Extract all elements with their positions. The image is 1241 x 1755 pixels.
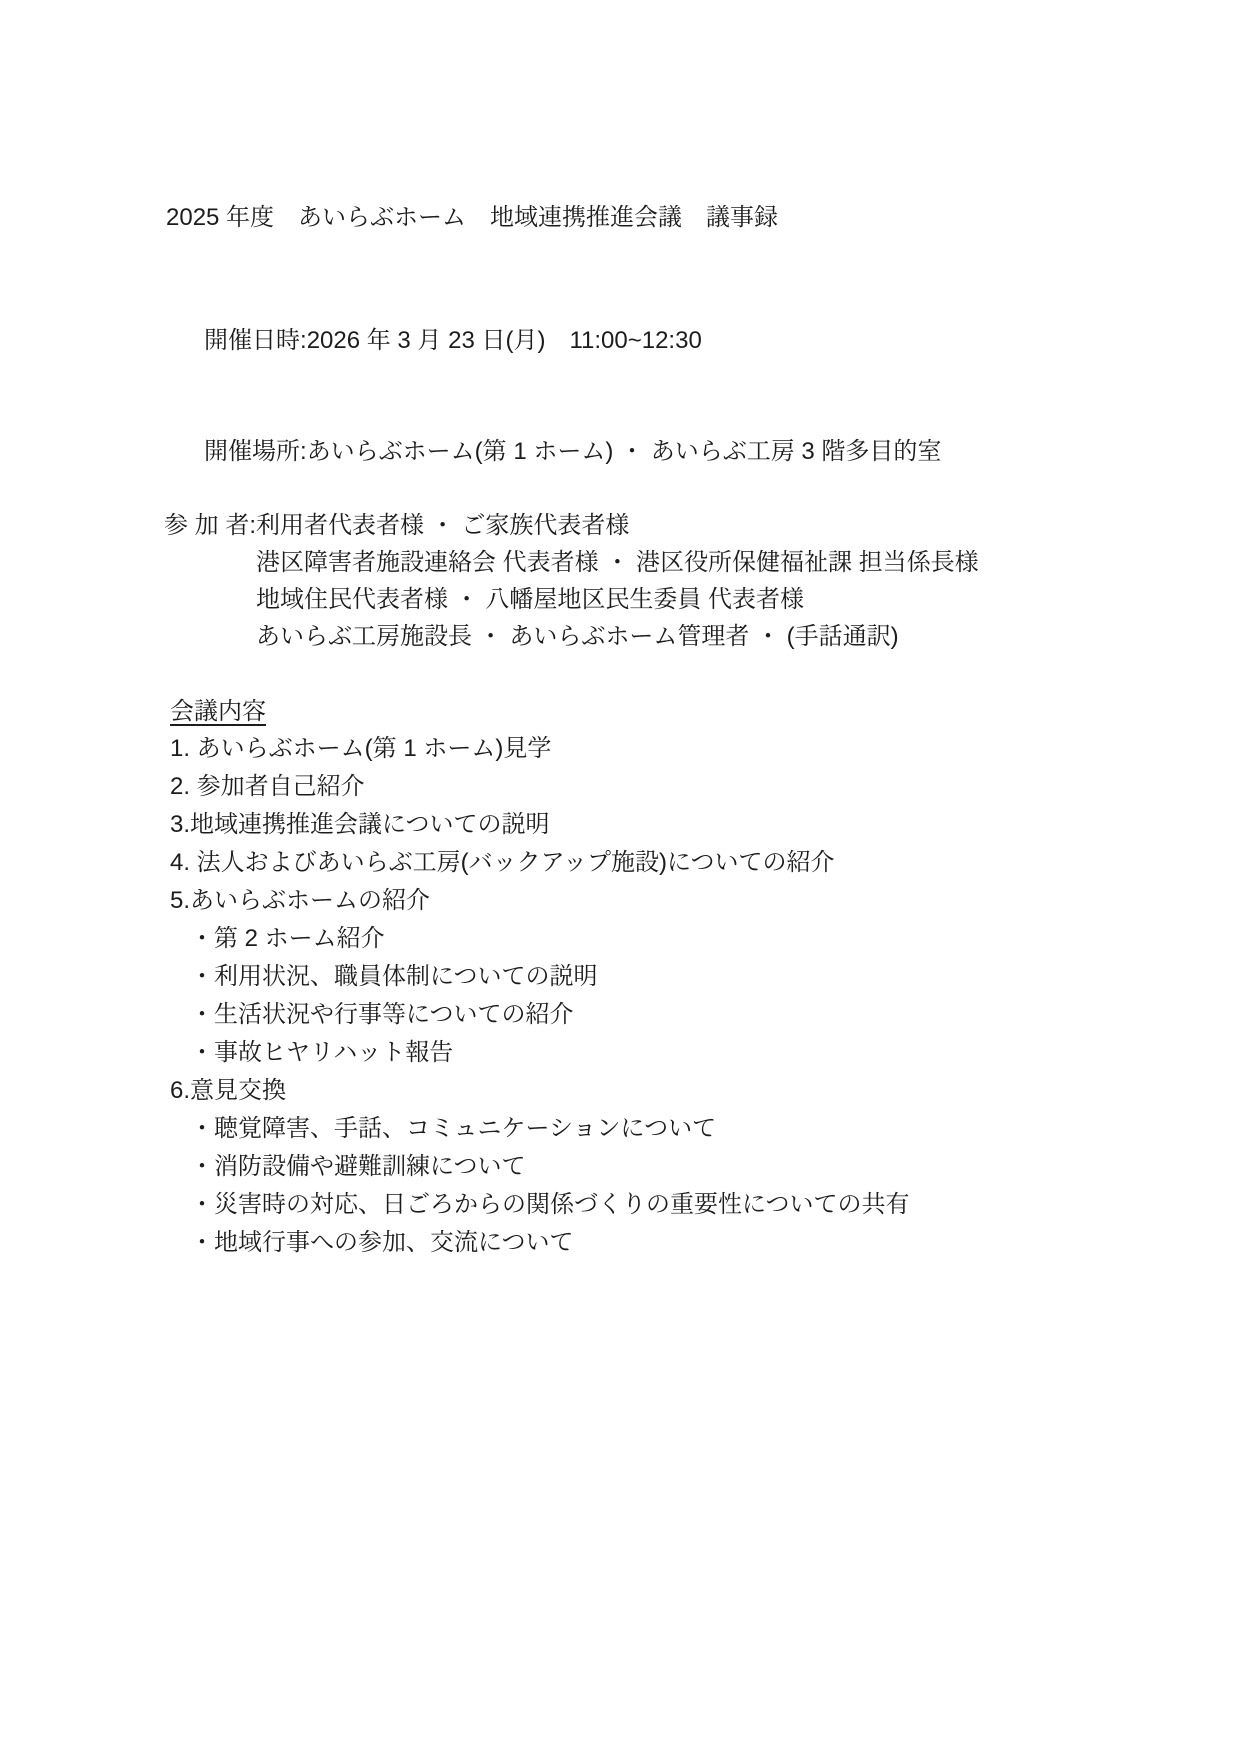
meta-location-value: あいらぶホーム(第 1 ホーム) ・ あいらぶ工房 3 階多目的室 — [307, 438, 942, 465]
document-page: 2025 年度 あいらぶホーム 地域連携推進会議 議事録 開催日時:2026 年… — [0, 0, 1241, 1755]
meta-datetime: 開催日時:2026 年 3 月 23 日(月) 11:00~12:30 — [164, 285, 1161, 396]
document-title: 2025 年度 あいらぶホーム 地域連携推進会議 議事録 — [166, 202, 1161, 233]
meeting-meta: 開催日時:2026 年 3 月 23 日(月) 11:00~12:30 開催場所… — [164, 285, 1161, 655]
agenda-subitem: ・消防設備や避難訓練について — [170, 1148, 1161, 1186]
meta-datetime-label: 開催日時: — [204, 327, 307, 354]
agenda-heading-text: 会議内容 — [170, 698, 266, 725]
participant-line: 港区障害者施設連絡会 代表者様 ・ 港区役所保健福祉課 担当係長様 — [256, 544, 979, 581]
agenda-subitem: ・地域行事への参加、交流について — [170, 1224, 1161, 1262]
agenda-item: 1. あいらぶホーム(第 1 ホーム)見学 — [170, 730, 1161, 768]
participant-line: 地域住民代表者様 ・ 八幡屋地区民生委員 代表者様 — [256, 581, 979, 618]
agenda-subitem: ・利用状況、職員体制についての説明 — [170, 958, 1161, 996]
agenda-item: 2. 参加者自己紹介 — [170, 768, 1161, 806]
participants-list: 利用者代表者様 ・ ご家族代表者様 港区障害者施設連絡会 代表者様 ・ 港区役所… — [256, 507, 979, 655]
meta-participants-label: 参 加 者: — [164, 507, 256, 544]
agenda-subitem: ・生活状況や行事等についての紹介 — [170, 996, 1161, 1034]
agenda-section: 会議内容 1. あいらぶホーム(第 1 ホーム)見学 2. 参加者自己紹介 3.… — [170, 693, 1161, 1262]
agenda-item: 5.あいらぶホームの紹介 — [170, 882, 1161, 920]
meta-location: 開催場所:あいらぶホーム(第 1 ホーム) ・ あいらぶ工房 3 階多目的室 — [164, 396, 1161, 507]
agenda-item: 4. 法人およびあいらぶ工房(バックアップ施設)についての紹介 — [170, 844, 1161, 882]
agenda-item: 6.意見交換 — [170, 1072, 1161, 1110]
meta-datetime-value: 2026 年 3 月 23 日(月) 11:00~12:30 — [307, 327, 702, 354]
meta-participants: 参 加 者: 利用者代表者様 ・ ご家族代表者様 港区障害者施設連絡会 代表者様… — [164, 507, 1161, 655]
agenda-subitem: ・災害時の対応、日ごろからの関係づくりの重要性についての共有 — [170, 1186, 1161, 1224]
agenda-heading: 会議内容 — [170, 693, 1161, 730]
participant-line: 利用者代表者様 ・ ご家族代表者様 — [256, 507, 979, 544]
agenda-subitem: ・事故ヒヤリハット報告 — [170, 1034, 1161, 1072]
meta-location-label: 開催場所: — [204, 438, 307, 465]
agenda-subitem: ・聴覚障害、手話、コミュニケーションについて — [170, 1110, 1161, 1148]
participant-line: あいらぶ工房施設長 ・ あいらぶホーム管理者 ・ (手話通訳) — [256, 618, 979, 655]
agenda-item: 3.地域連携推進会議についての説明 — [170, 806, 1161, 844]
agenda-subitem: ・第 2 ホーム紹介 — [170, 920, 1161, 958]
